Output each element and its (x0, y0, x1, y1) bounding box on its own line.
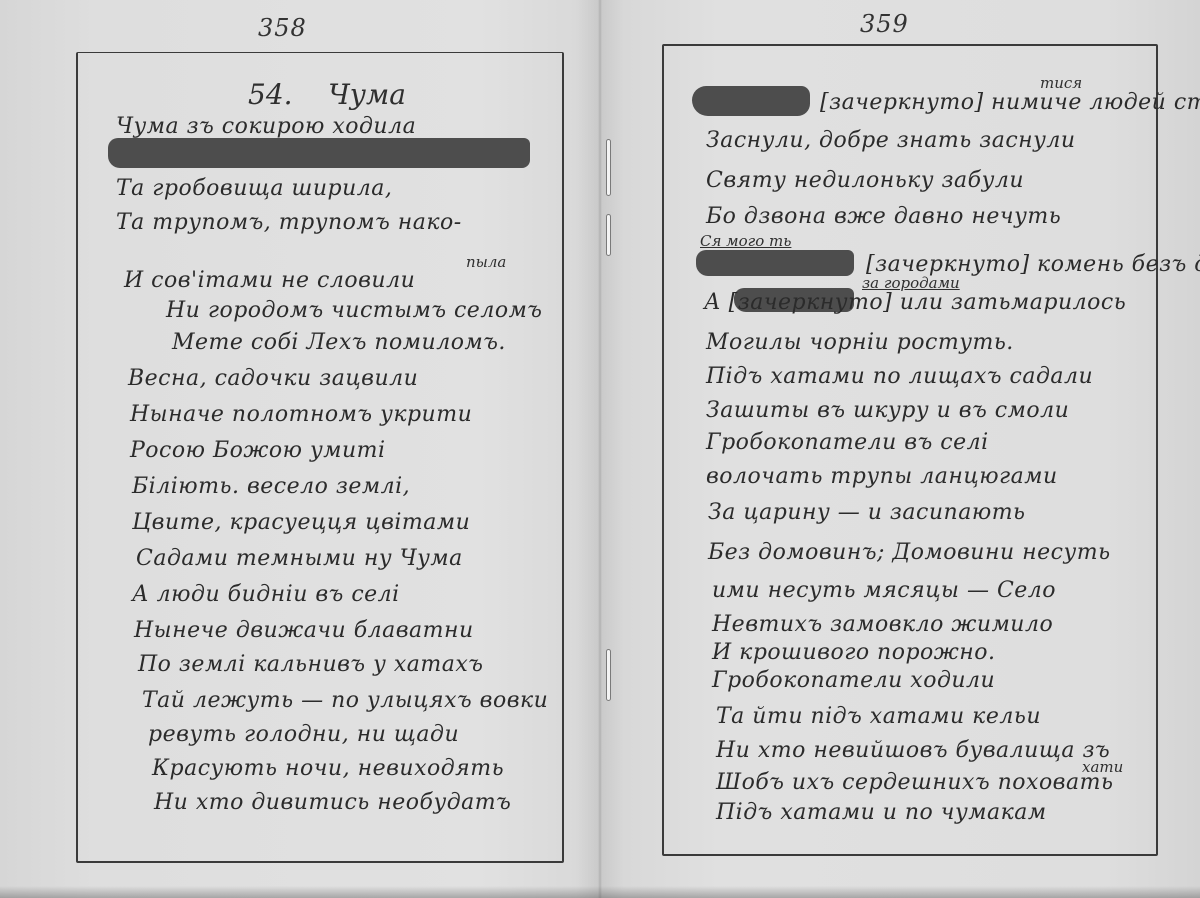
manuscript-line: Нынече движачи блаватни (134, 618, 474, 643)
manuscript-line: Підъ хатами по лищахъ садали (706, 364, 1093, 389)
manuscript-line: Весна, садочки зацвили (128, 366, 418, 391)
manuscript-line: И крошивого порожно. (712, 640, 996, 665)
line-text: [зачеркнуто] нимиче людей стать (820, 90, 1200, 115)
manuscript-line: А люди бидніи въ селі (132, 582, 400, 607)
manuscript-line: Росою Божою умиті (130, 438, 386, 463)
manuscript-line: Могилы чорніи ростуть. (706, 330, 1014, 355)
interlinear-insertion: Ся мого ть (700, 232, 791, 250)
redacted-word (692, 86, 810, 116)
manuscript-line: Шобъ ихъ сердешнихъ поховать (716, 770, 1113, 795)
manuscript-line: Гробокопатели въ селі (706, 430, 989, 455)
manuscript-line: Біліють. весело землі, (132, 474, 410, 499)
manuscript-line: Невтихъ замовкло жимило (712, 612, 1053, 637)
book-gutter (598, 0, 602, 898)
binding-stitch (607, 215, 610, 255)
poem-title-text: Чума (328, 78, 406, 111)
manuscript-line: Та йти підъ хатами кельи (716, 704, 1041, 729)
manuscript-line: Ныначе полотномъ укрити (130, 402, 472, 427)
manuscript-line: Бо дзвона вже давно нечуть (706, 204, 1061, 229)
binding-stitch (607, 650, 610, 700)
manuscript-line: Без домовинъ; Домовини несуть (708, 540, 1111, 565)
manuscript-line: [зачеркнуто] нимиче людей стать (820, 90, 1200, 115)
binding-stitch (607, 140, 610, 195)
manuscript-line: Святу недилоньку забули (706, 168, 1024, 193)
redacted-word (696, 250, 854, 276)
manuscript-line: Ни городомъ чистымъ селомъ (166, 298, 542, 323)
manuscript-line: [зачеркнуто] комень безъ двиму (866, 252, 1200, 277)
manuscript-line: Та трупомъ, трупомъ нако- (116, 210, 462, 235)
manuscript-line: И сов'ітами не словили (124, 268, 415, 293)
manuscript-line: Ни хто невийшовъ бувалища зъ (716, 738, 1110, 763)
manuscript-line: ими несуть мясяцы — Село (712, 578, 1056, 603)
manuscript-line: Мете собі Лехъ помиломъ. (172, 330, 506, 355)
manuscript-line: Підъ хатами и по чумакам (716, 800, 1047, 825)
manuscript-line: А [зачеркнуто] или затьмарилось (704, 290, 1126, 315)
manuscript-line: Гробокопатели ходили (712, 668, 995, 693)
poem-number: 54. (248, 78, 293, 111)
manuscript-line: Тай лежуть — по улыцяхъ вовки (142, 688, 548, 713)
redacted-line (108, 138, 530, 168)
manuscript-spread: 358 54. Чума Чума зъ сокирою ходила Та г… (0, 0, 1200, 898)
manuscript-line: Садами темными ну Чума (136, 546, 463, 571)
manuscript-line: Чума зъ сокирою ходила (116, 114, 416, 139)
manuscript-line: Зашиты въ шкуру и въ смоли (706, 398, 1069, 423)
manuscript-line: ревуть голодни, ни щади (148, 722, 459, 747)
manuscript-line: Красують ночи, невиходять (152, 756, 504, 781)
manuscript-line: Заснули, добре знать заснули (706, 128, 1076, 153)
page-number-left: 358 (258, 14, 307, 42)
manuscript-line: Ни хто дивитись необудатъ (154, 790, 511, 815)
page-number-right: 359 (860, 10, 909, 38)
manuscript-line: Цвите, красуецця цвітами (132, 510, 470, 535)
poem-title: 54. Чума (248, 78, 406, 111)
manuscript-line: Та гробовища ширила, (116, 176, 392, 201)
margin-insertion: пыла (466, 253, 506, 271)
manuscript-line: волочать трупы ланцюгами (706, 464, 1058, 489)
page-bottom-edge (0, 886, 1200, 898)
manuscript-line: За царину — и засипають (708, 500, 1026, 525)
manuscript-line: По землі кальнивъ у хатахъ (138, 652, 483, 677)
